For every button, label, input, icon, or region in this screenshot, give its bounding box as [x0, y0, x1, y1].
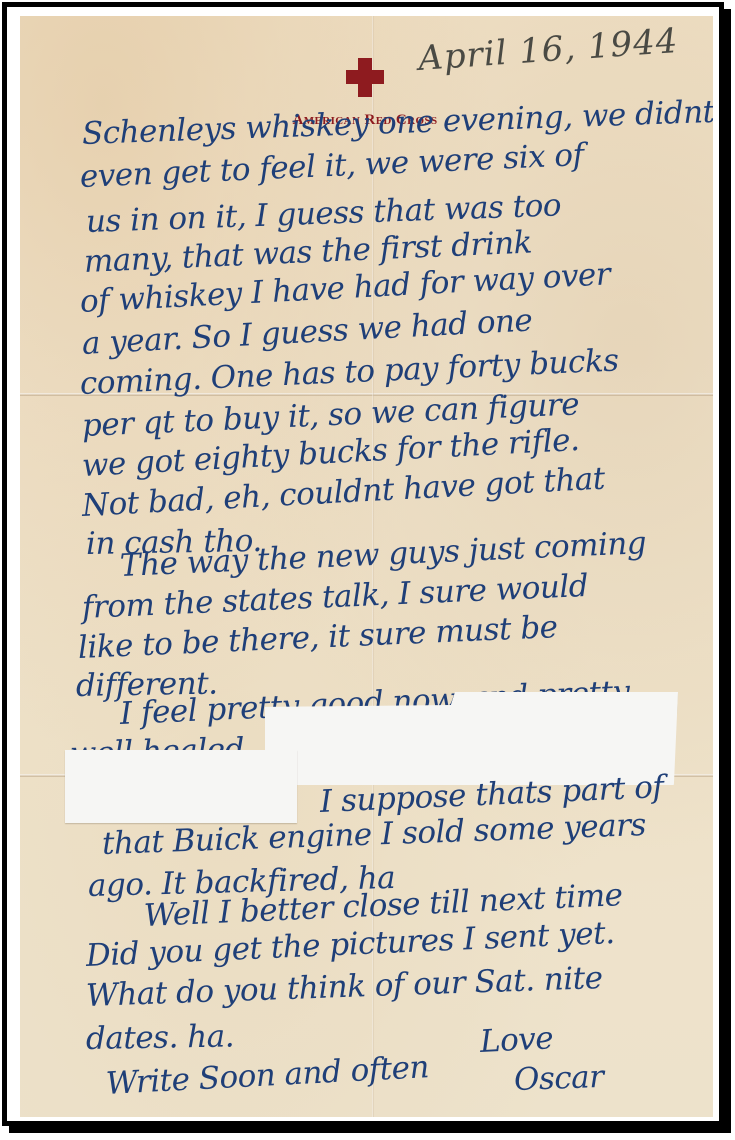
- body-line: Schenleys whiskey one evening, we didnt: [81, 94, 713, 152]
- closing-valediction: Love: [479, 1020, 554, 1060]
- closing-postscript: Write Soon and often: [105, 1049, 430, 1102]
- red-cross-icon: [346, 58, 384, 97]
- signature: Oscar: [513, 1059, 604, 1098]
- letter-paper: American Red Cross April 16, 1944 Schenl…: [20, 16, 713, 1117]
- censored-section-lower: [65, 750, 297, 823]
- body-line: dates. ha.: [86, 1018, 235, 1057]
- letter-date: April 16, 1944: [417, 21, 680, 79]
